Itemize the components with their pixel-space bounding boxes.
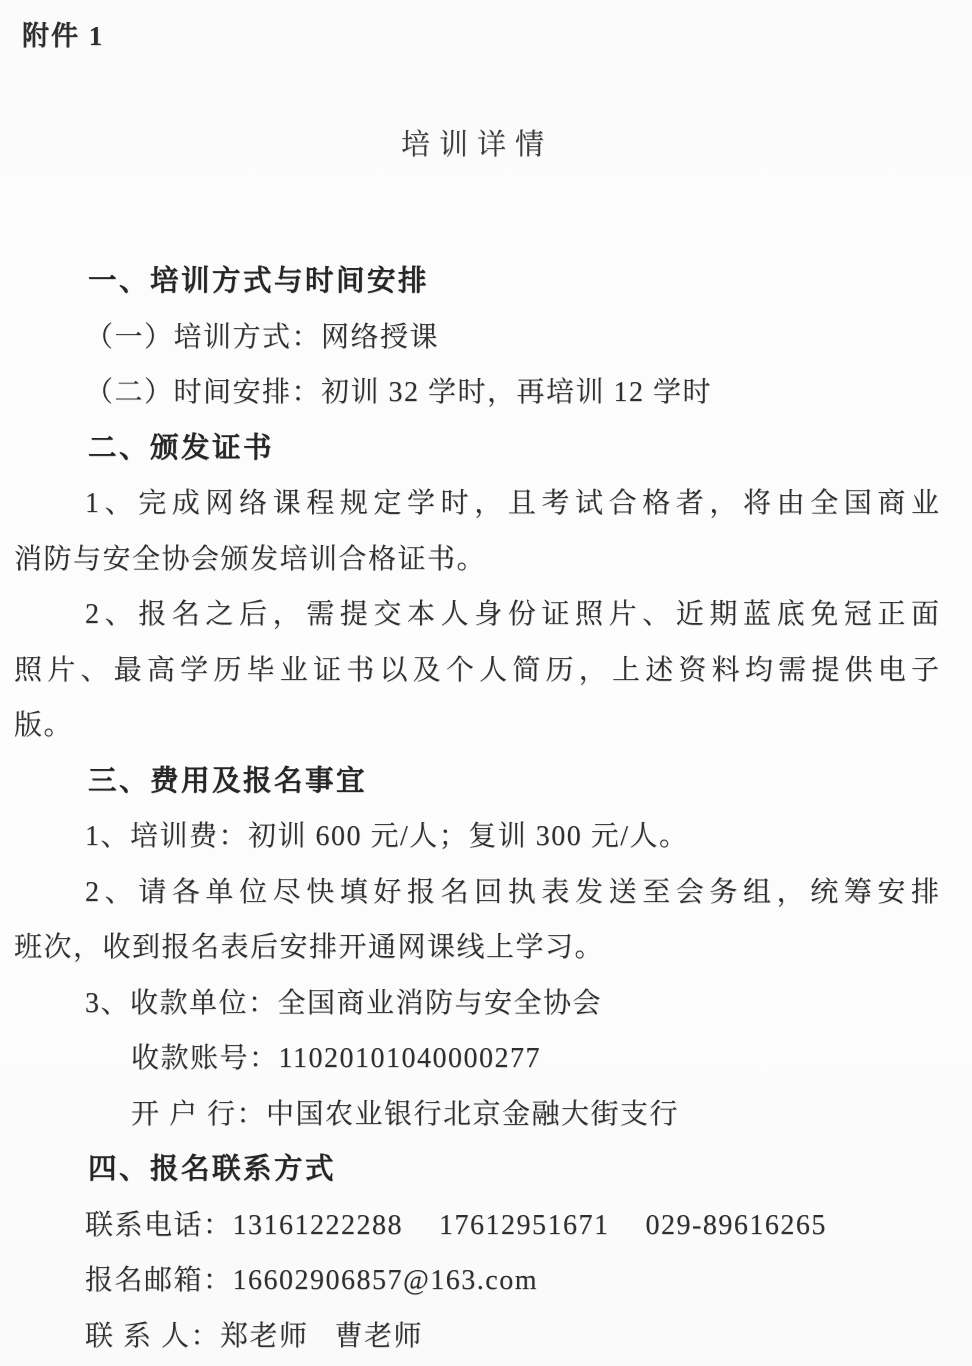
account-number-line: 收款账号：11020101040000277 <box>14 1031 940 1087</box>
section-3-heading: 三、费用及报名事宜 <box>14 754 940 810</box>
email-value: 16602906857@163.com <box>233 1265 539 1296</box>
account-number-label: 收款账号： <box>131 1043 279 1074</box>
certificate-item2-line3: 版。 <box>14 698 940 754</box>
training-method-line: （一）培训方式：网络授课 <box>14 310 940 366</box>
certificate-item1-line1: 1、完成网络课程规定学时，且考试合格者，将由全国商业 <box>14 476 940 532</box>
attachment-label: 附件 1 <box>14 14 940 58</box>
phone-number-2: 17612951671 <box>439 1210 610 1241</box>
phone-number-1: 13161222288 <box>233 1210 404 1241</box>
bank-line: 开 户 行：中国农业银行北京金融大街支行 <box>14 1087 940 1143</box>
registration-item2-line2: 班次，收到报名表后安排开通网课线上学习。 <box>14 920 940 976</box>
certificate-item2-line2: 照片、最高学历毕业证书以及个人简历，上述资料均需提供电子 <box>14 643 940 699</box>
email-label: 报名邮箱： <box>85 1265 233 1296</box>
contact-person-line: 联 系 人：郑老师曹老师 <box>14 1309 940 1365</box>
certificate-item1-line2: 消防与安全协会颁发培训合格证书。 <box>14 532 940 588</box>
registration-item2-line1: 2、请各单位尽快填好报名回执表发送至会务组，统筹安排 <box>14 865 940 921</box>
account-number-value: 11020101040000277 <box>279 1043 541 1074</box>
certificate-item2-line1: 2、报名之后，需提交本人身份证照片、近期蓝底免冠正面 <box>14 587 940 643</box>
contact-person-label: 联 系 人： <box>85 1321 220 1352</box>
section-4-heading: 四、报名联系方式 <box>14 1142 940 1198</box>
bank-name-value: 中国农业银行北京金融大街支行 <box>266 1099 679 1130</box>
contact-person-1: 郑老师 <box>220 1321 309 1352</box>
bank-label: 开 户 行： <box>131 1099 266 1130</box>
phone-line: 联系电话：1316122228817612951671029-89616265 <box>14 1198 940 1254</box>
training-schedule-line: （二）时间安排：初训 32 学时，再培训 12 学时 <box>14 365 940 421</box>
email-line: 报名邮箱：16602906857@163.com <box>14 1253 940 1309</box>
fee-line: 1、培训费：初训 600 元/人；复训 300 元/人。 <box>14 809 940 865</box>
phone-label: 联系电话： <box>85 1210 233 1241</box>
section-2-heading: 二、颁发证书 <box>14 421 940 477</box>
phone-number-3: 029-89616265 <box>646 1210 827 1241</box>
contact-person-2: 曹老师 <box>335 1321 424 1352</box>
payee-line: 3、收款单位：全国商业消防与安全协会 <box>14 976 940 1032</box>
section-1-heading: 一、培训方式与时间安排 <box>14 254 940 310</box>
scanned-document-page: 附件 1 培训详情 一、培训方式与时间安排 （一）培训方式：网络授课 （二）时间… <box>0 0 972 1366</box>
document-title: 培训详情 <box>14 122 940 168</box>
